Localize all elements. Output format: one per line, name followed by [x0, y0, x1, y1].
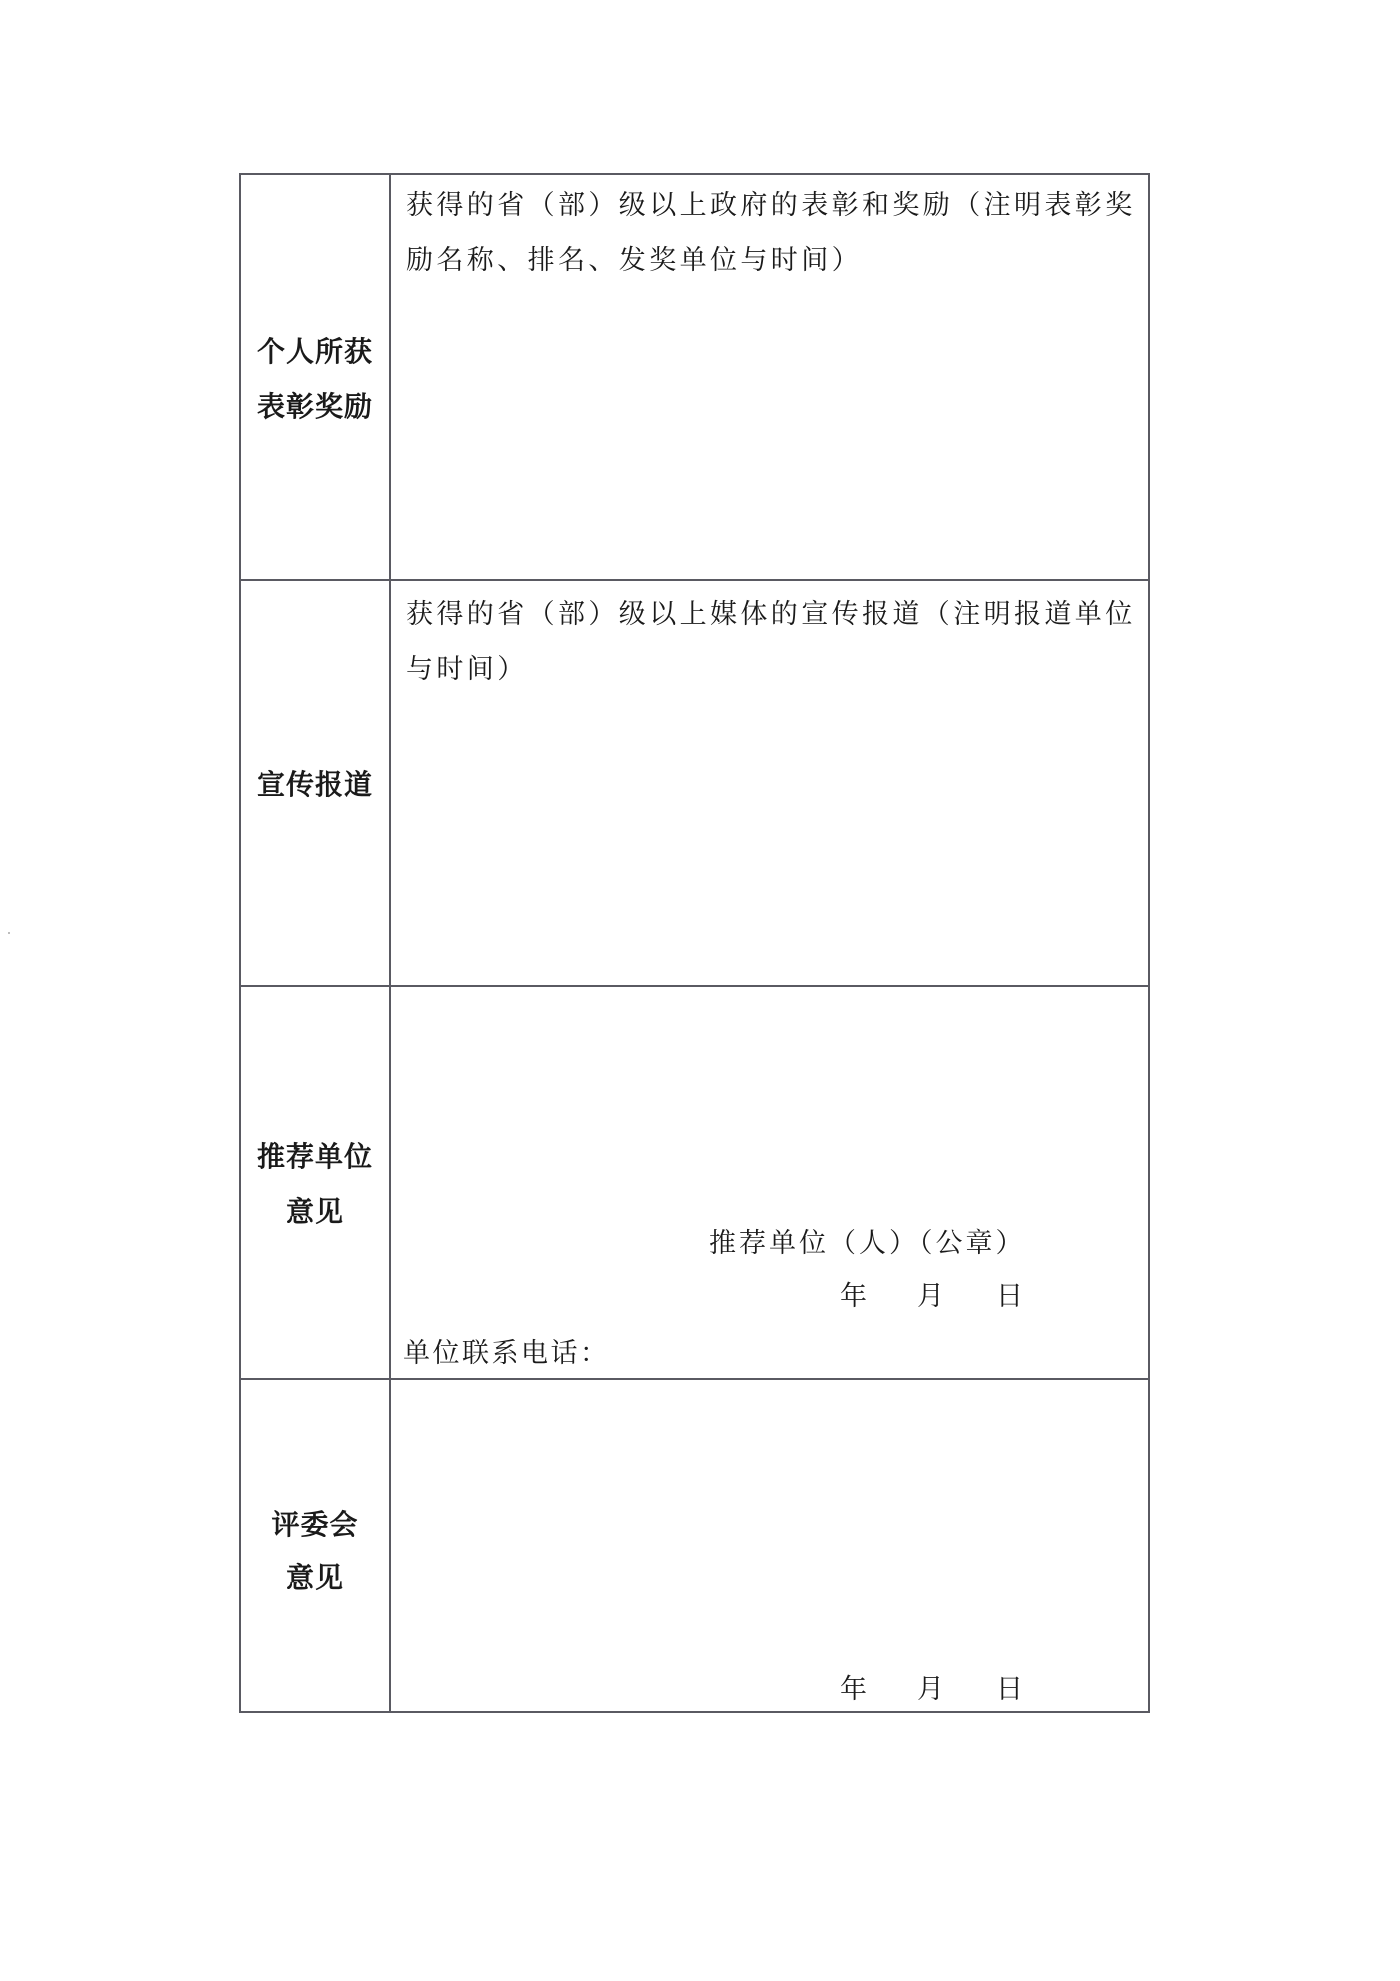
media-prompt: 获得的省（部）级以上媒体的宣传报道（注明报道单位与时间）	[406, 587, 1140, 697]
contact-phone-label: 单位联系电话：	[403, 1336, 610, 1372]
date-year: 年	[840, 1672, 867, 1708]
row-committee: 评委会 意见 年 月 日	[241, 1378, 1148, 1713]
row-recommending-unit: 推荐单位 意见 推荐单位（人）（公章） 年 月 日 单位联系电话：	[241, 985, 1148, 1380]
label-committee-line-1: 评委会	[241, 1497, 389, 1552]
date-month: 月	[917, 1279, 944, 1315]
date-day: 日	[996, 1279, 1023, 1315]
recommending-date-line: 年 月 日	[391, 1279, 1148, 1315]
label-cell-recommending: 推荐单位 意见	[241, 987, 391, 1380]
label-awards-line-1: 个人所获	[241, 324, 389, 379]
label-cell-committee: 评委会 意见	[241, 1380, 391, 1713]
committee-date-line: 年 月 日	[391, 1672, 1148, 1708]
label-cell-media: 宣传报道	[241, 581, 391, 987]
row-awards: 个人所获 表彰奖励 获得的省（部）级以上政府的表彰和奖励（注明表彰奖励名称、排名…	[241, 175, 1148, 581]
awards-prompt: 获得的省（部）级以上政府的表彰和奖励（注明表彰奖励名称、排名、发奖单位与时间）	[406, 178, 1140, 288]
committee-input-area[interactable]: 年 月 日	[391, 1380, 1148, 1713]
recommending-input-area[interactable]: 推荐单位（人）（公章） 年 月 日 单位联系电话：	[391, 987, 1148, 1380]
date-year: 年	[840, 1279, 867, 1315]
date-day: 日	[996, 1672, 1023, 1708]
label-cell-awards: 个人所获 表彰奖励	[241, 175, 391, 581]
date-month: 月	[917, 1672, 944, 1708]
recommending-signature-label: 推荐单位（人）（公章）	[709, 1226, 1026, 1262]
document-page: 个人所获 表彰奖励 获得的省（部）级以上政府的表彰和奖励（注明表彰奖励名称、排名…	[0, 0, 1400, 1981]
row-media-coverage: 宣传报道 获得的省（部）级以上媒体的宣传报道（注明报道单位与时间）	[241, 579, 1148, 987]
label-committee-line-2: 意见	[241, 1550, 389, 1605]
label-recommending-line-2: 意见	[241, 1184, 389, 1239]
nomination-form-table: 个人所获 表彰奖励 获得的省（部）级以上政府的表彰和奖励（注明表彰奖励名称、排名…	[239, 173, 1150, 1713]
label-media: 宣传报道	[241, 757, 389, 812]
scan-speck	[8, 932, 10, 934]
awards-input-area[interactable]: 获得的省（部）级以上政府的表彰和奖励（注明表彰奖励名称、排名、发奖单位与时间）	[391, 175, 1148, 581]
label-awards-line-2: 表彰奖励	[241, 379, 389, 434]
label-recommending-line-1: 推荐单位	[241, 1129, 389, 1184]
media-input-area[interactable]: 获得的省（部）级以上媒体的宣传报道（注明报道单位与时间）	[391, 581, 1148, 987]
